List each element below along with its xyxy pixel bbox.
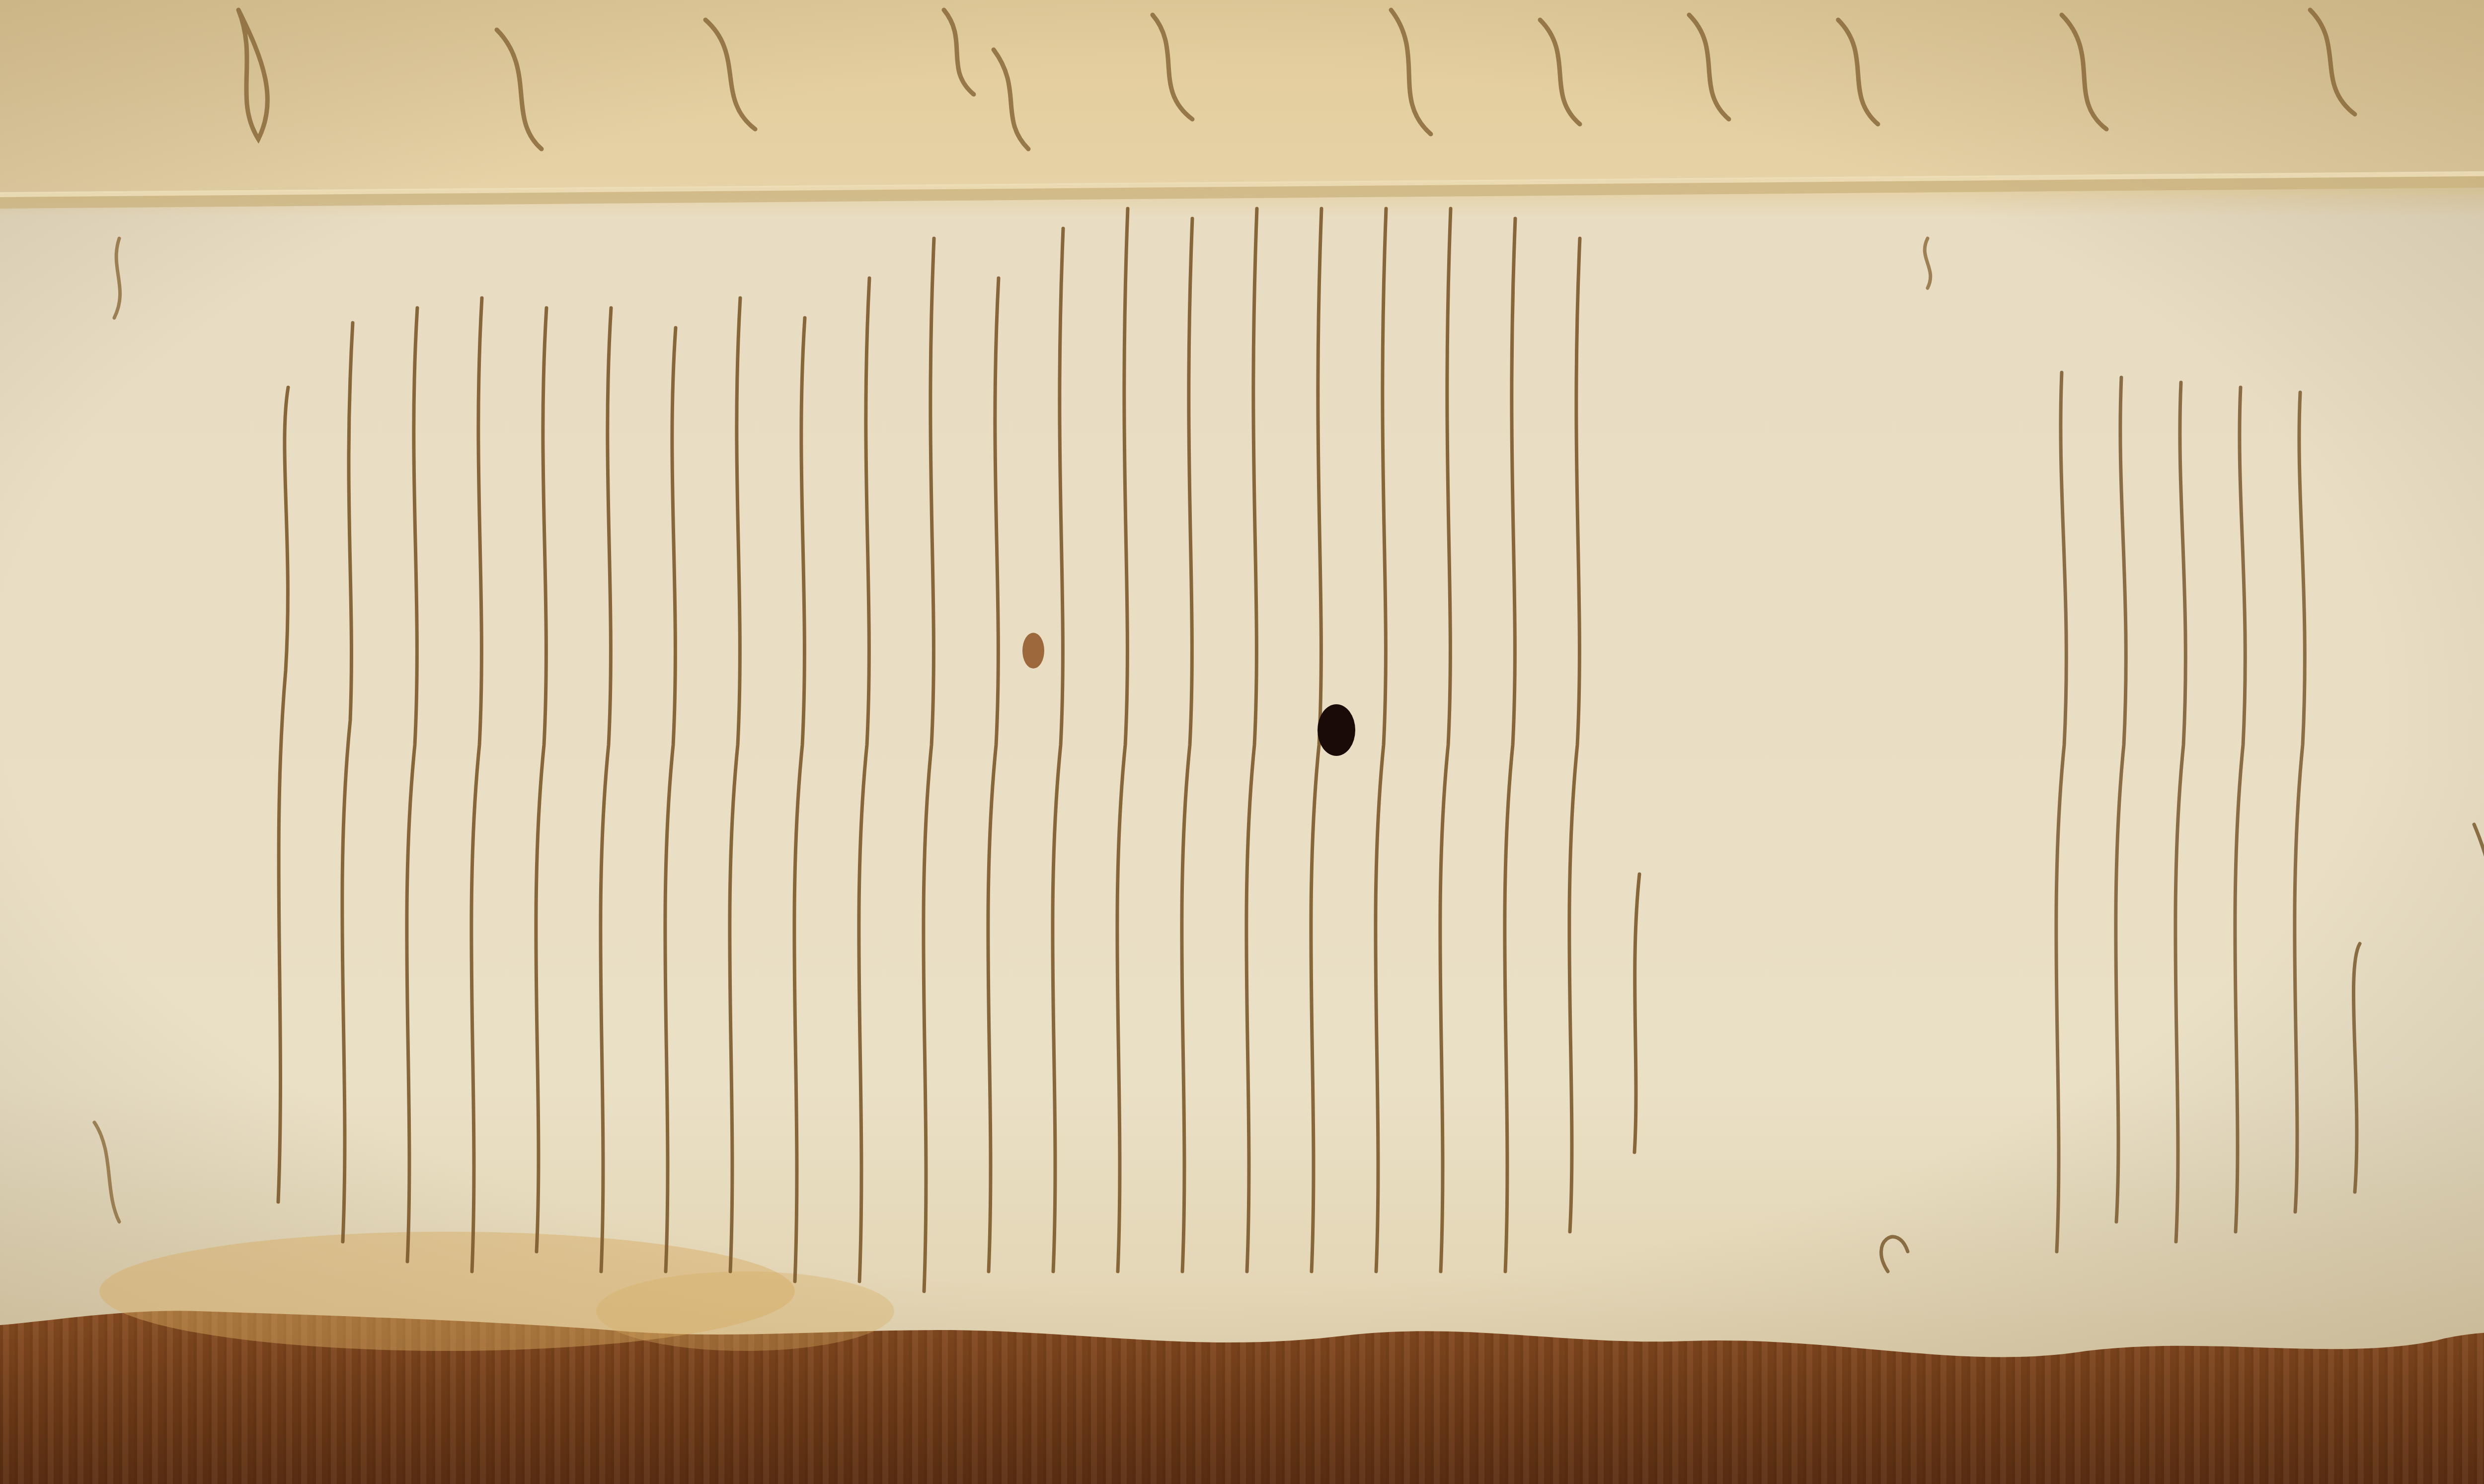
hole [1318,704,1355,756]
paper-sheet [0,0,2484,1484]
manuscript-photo: handwritten manuscript photograph early … [0,0,2484,1484]
red-ink-mark [1022,633,1044,668]
